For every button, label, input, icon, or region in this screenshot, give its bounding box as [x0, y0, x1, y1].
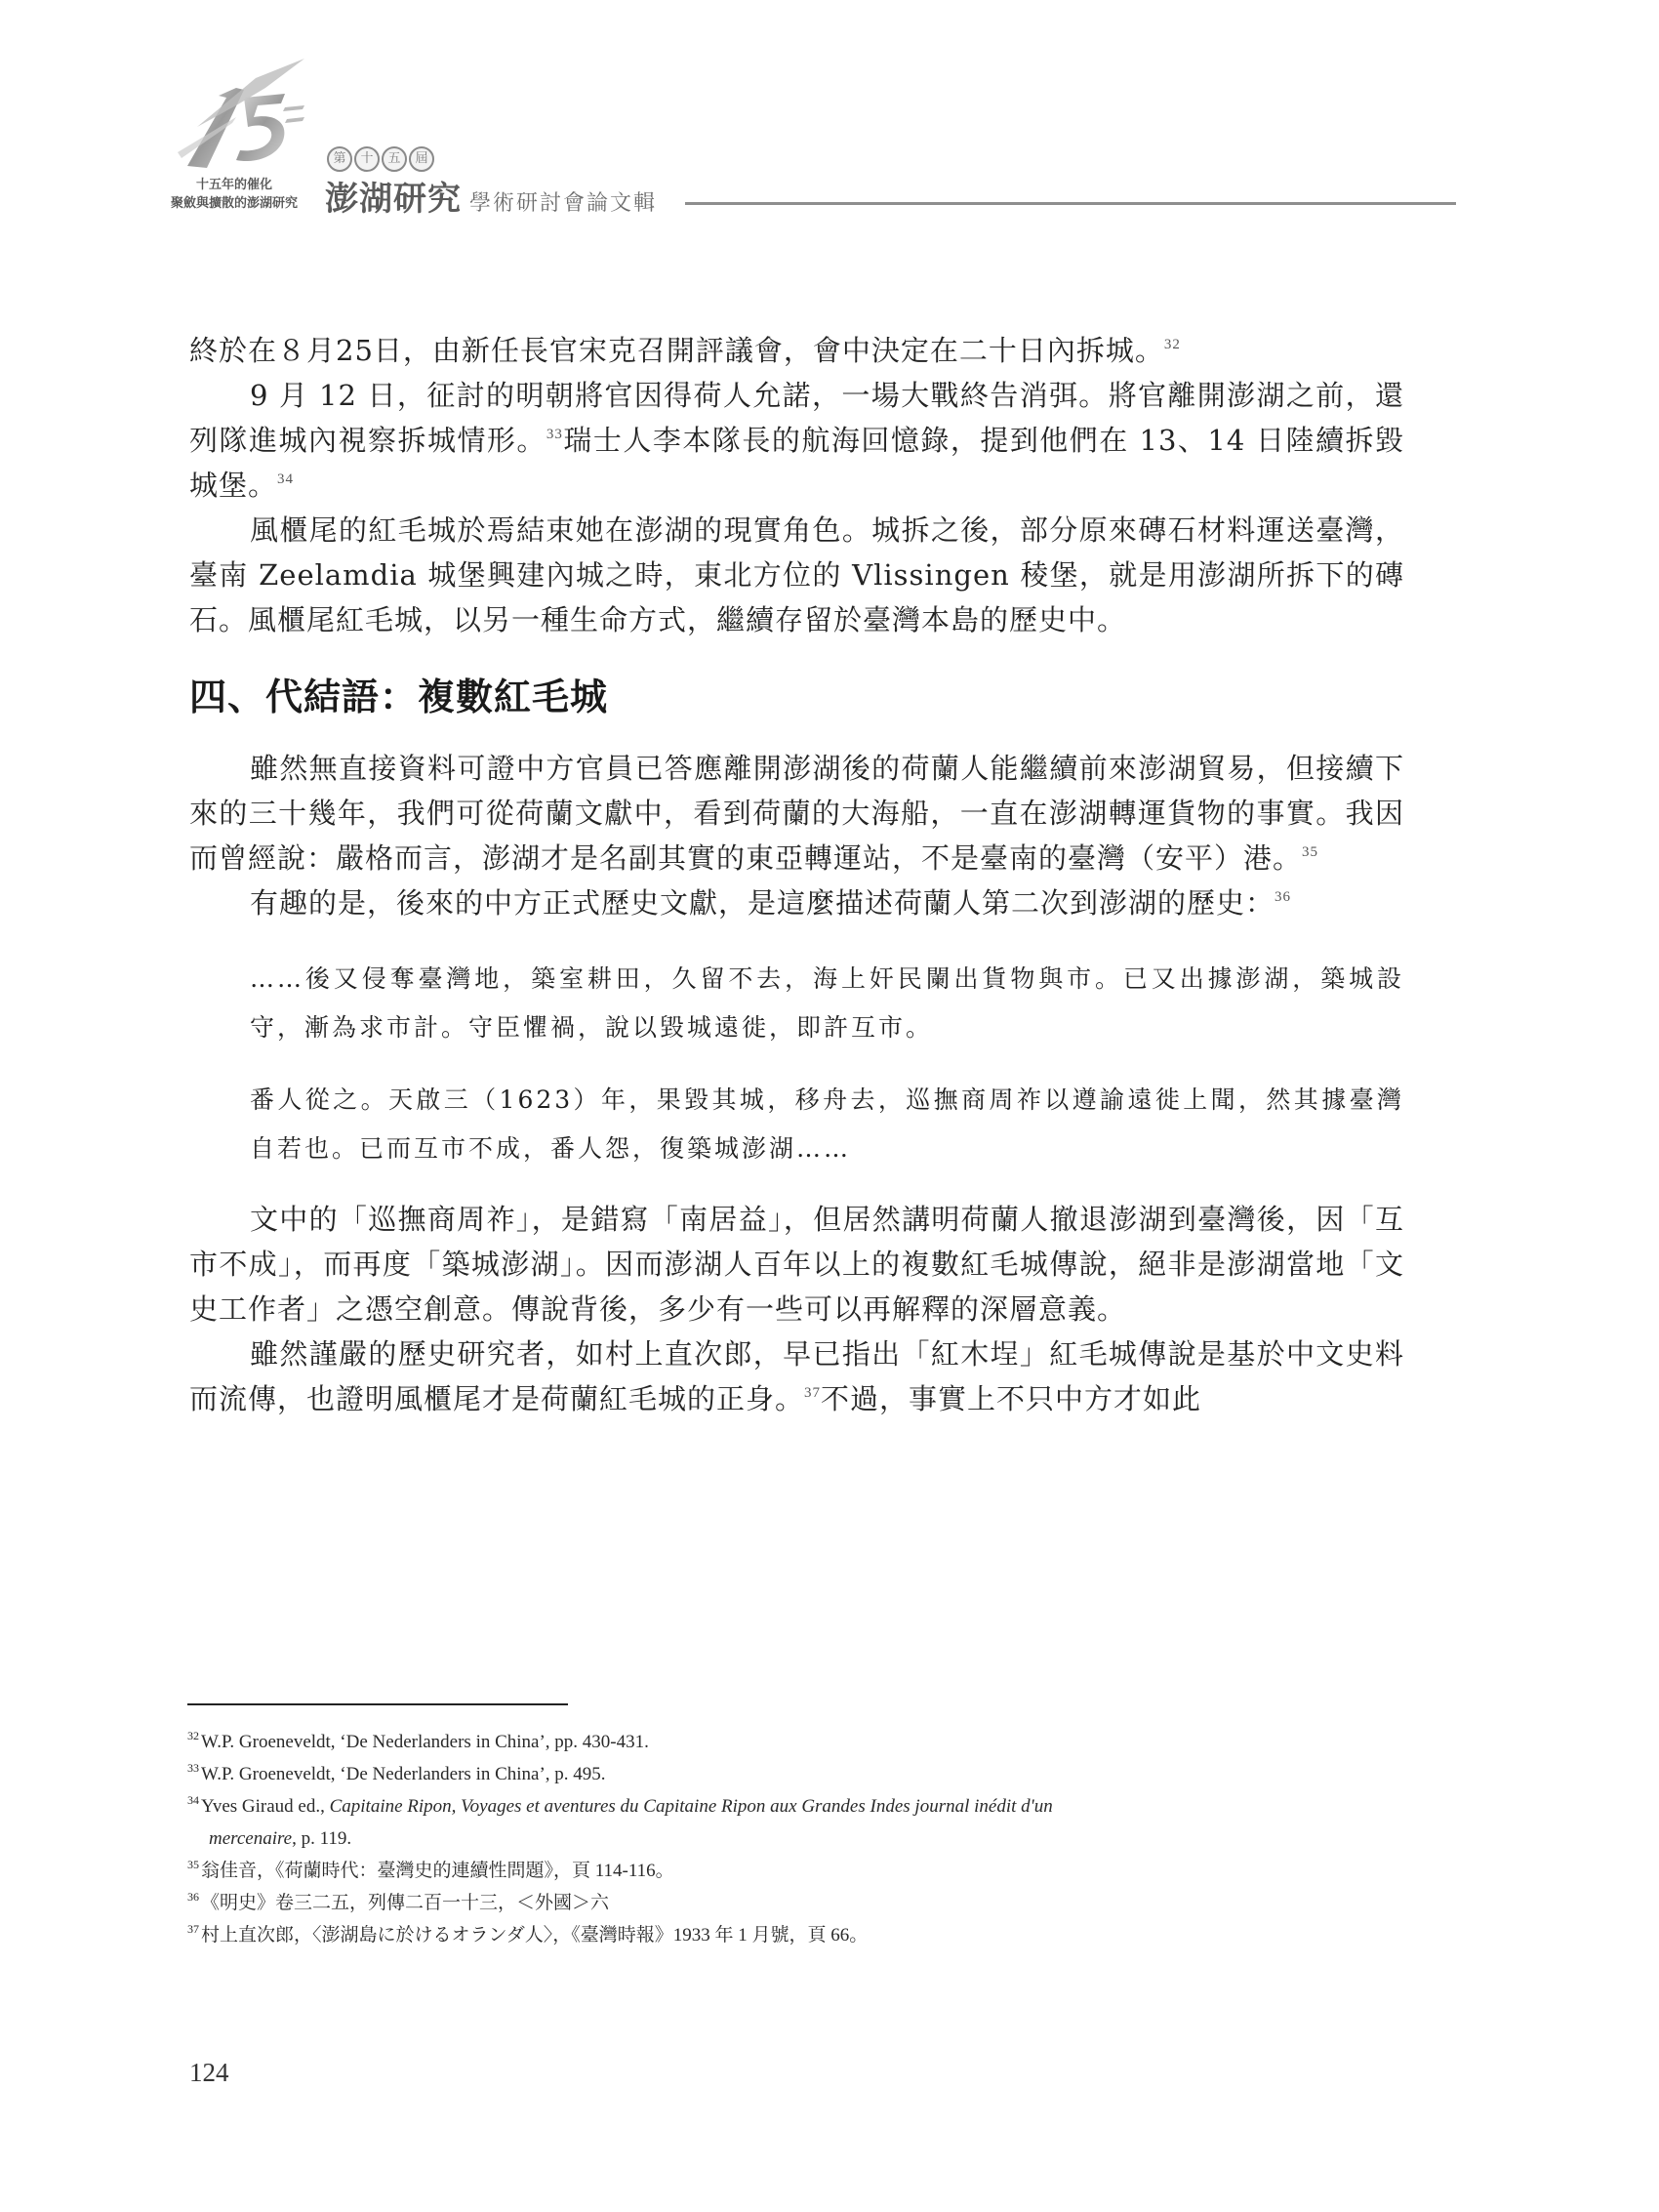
running-header: 十五年的催化 聚斂與擴散的澎湖研究 第 十 五 屆 澎湖研究 學術研討會論文輯: [0, 0, 1659, 225]
footnote-ref[interactable]: 34: [277, 471, 294, 487]
footnotes: 32W.P. Groeneveldt, ‘De Nederlanders in …: [187, 1726, 1402, 1951]
edition-badge: 第 十 五 屆: [327, 146, 434, 172]
footnote-ref[interactable]: 32: [1164, 337, 1181, 352]
block-quote: ……後又侵奪臺灣地，築室耕田，久留不去，海上奸民闌出貨物與市。已又出據澎湖，築城…: [250, 955, 1404, 1052]
footnote-number: 33: [187, 1761, 199, 1775]
footnote-item: 34Yves Giraud ed., Capitaine Ripon, Voya…: [187, 1790, 1402, 1855]
paragraph: 雖然無直接資料可證中方官員已答應離開澎湖後的荷蘭人能繼續前來澎湖貿易，但接續下來…: [189, 746, 1404, 881]
footnote-number: 37: [187, 1922, 199, 1936]
footnote-item: 32W.P. Groeneveldt, ‘De Nederlanders in …: [187, 1726, 1402, 1758]
footnote-ref[interactable]: 36: [1275, 889, 1291, 905]
footnote-item: 37村上直次郎，〈澎湖島に於けるオランダ人〉，《臺灣時報》1933 年 1 月號…: [187, 1919, 1402, 1951]
edition-char: 第: [327, 146, 352, 172]
footnote-number: 32: [187, 1729, 199, 1742]
journal-title: 澎湖研究 學術研討會論文輯: [325, 172, 657, 220]
footnote-number: 34: [187, 1793, 199, 1807]
journal-main-title: 澎湖研究: [325, 172, 462, 220]
footnote-ref[interactable]: 37: [804, 1385, 821, 1401]
footnote-number: 35: [187, 1858, 199, 1871]
footnote-separator: [187, 1703, 568, 1705]
edition-char: 屆: [409, 146, 434, 172]
logo-15-icon: [168, 59, 314, 176]
section-heading: 四、代結語：複數紅毛城: [189, 672, 1404, 722]
page-number: 124: [189, 2058, 229, 2088]
conference-logo: 十五年的催化 聚斂與擴散的澎湖研究: [156, 59, 312, 215]
footnote-ref[interactable]: 35: [1302, 844, 1318, 860]
paragraph: 9 月 12 日，征討的明朝將官因得荷人允諾，一場大戰終告消弭。將官離開澎湖之前…: [189, 373, 1404, 508]
paragraph: 有趣的是，後來的中方正式歷史文獻，是這麼描述荷蘭人第二次到澎湖的歷史：36: [189, 881, 1404, 925]
logo-caption: 十五年的催化 聚斂與擴散的澎湖研究: [156, 176, 312, 213]
block-quote: 番人從之。天啟三（1623）年，果毀其城，移舟去，巡撫商周祚以遵諭遠徙上聞，然其…: [250, 1076, 1404, 1173]
footnote-item: 36《明史》卷三二五，列傳二百一十三，＜外國＞六: [187, 1887, 1402, 1919]
footnote-item: 35翁佳音，《荷蘭時代：臺灣史的連續性問題》，頁 114-116。: [187, 1855, 1402, 1887]
article-body: 終於在８月25日，由新任長官宋克召開評議會，會中決定在二十日內拆城。32 9 月…: [189, 328, 1404, 1421]
edition-char: 十: [354, 146, 380, 172]
footnote-number: 36: [187, 1890, 199, 1904]
paragraph: 風櫃尾的紅毛城於焉結束她在澎湖的現實角色。城拆之後，部分原來磚石材料運送臺灣，臺…: [189, 508, 1404, 642]
paragraph: 雖然謹嚴的歷史研究者，如村上直次郎，早已指出「紅木埕」紅毛城傳說是基於中文史料而…: [189, 1331, 1404, 1421]
footnote-item: 33W.P. Groeneveldt, ‘De Nederlanders in …: [187, 1758, 1402, 1790]
paragraph: 終於在８月25日，由新任長官宋克召開評議會，會中決定在二十日內拆城。32: [189, 328, 1404, 373]
edition-char: 五: [382, 146, 407, 172]
header-rule: [685, 202, 1456, 205]
paragraph: 文中的「巡撫商周祚」，是錯寫「南居益」，但居然講明荷蘭人撤退澎湖到臺灣後，因「互…: [189, 1197, 1404, 1331]
footnote-ref[interactable]: 33: [546, 427, 563, 442]
journal-subtitle: 學術研討會論文輯: [469, 186, 657, 217]
